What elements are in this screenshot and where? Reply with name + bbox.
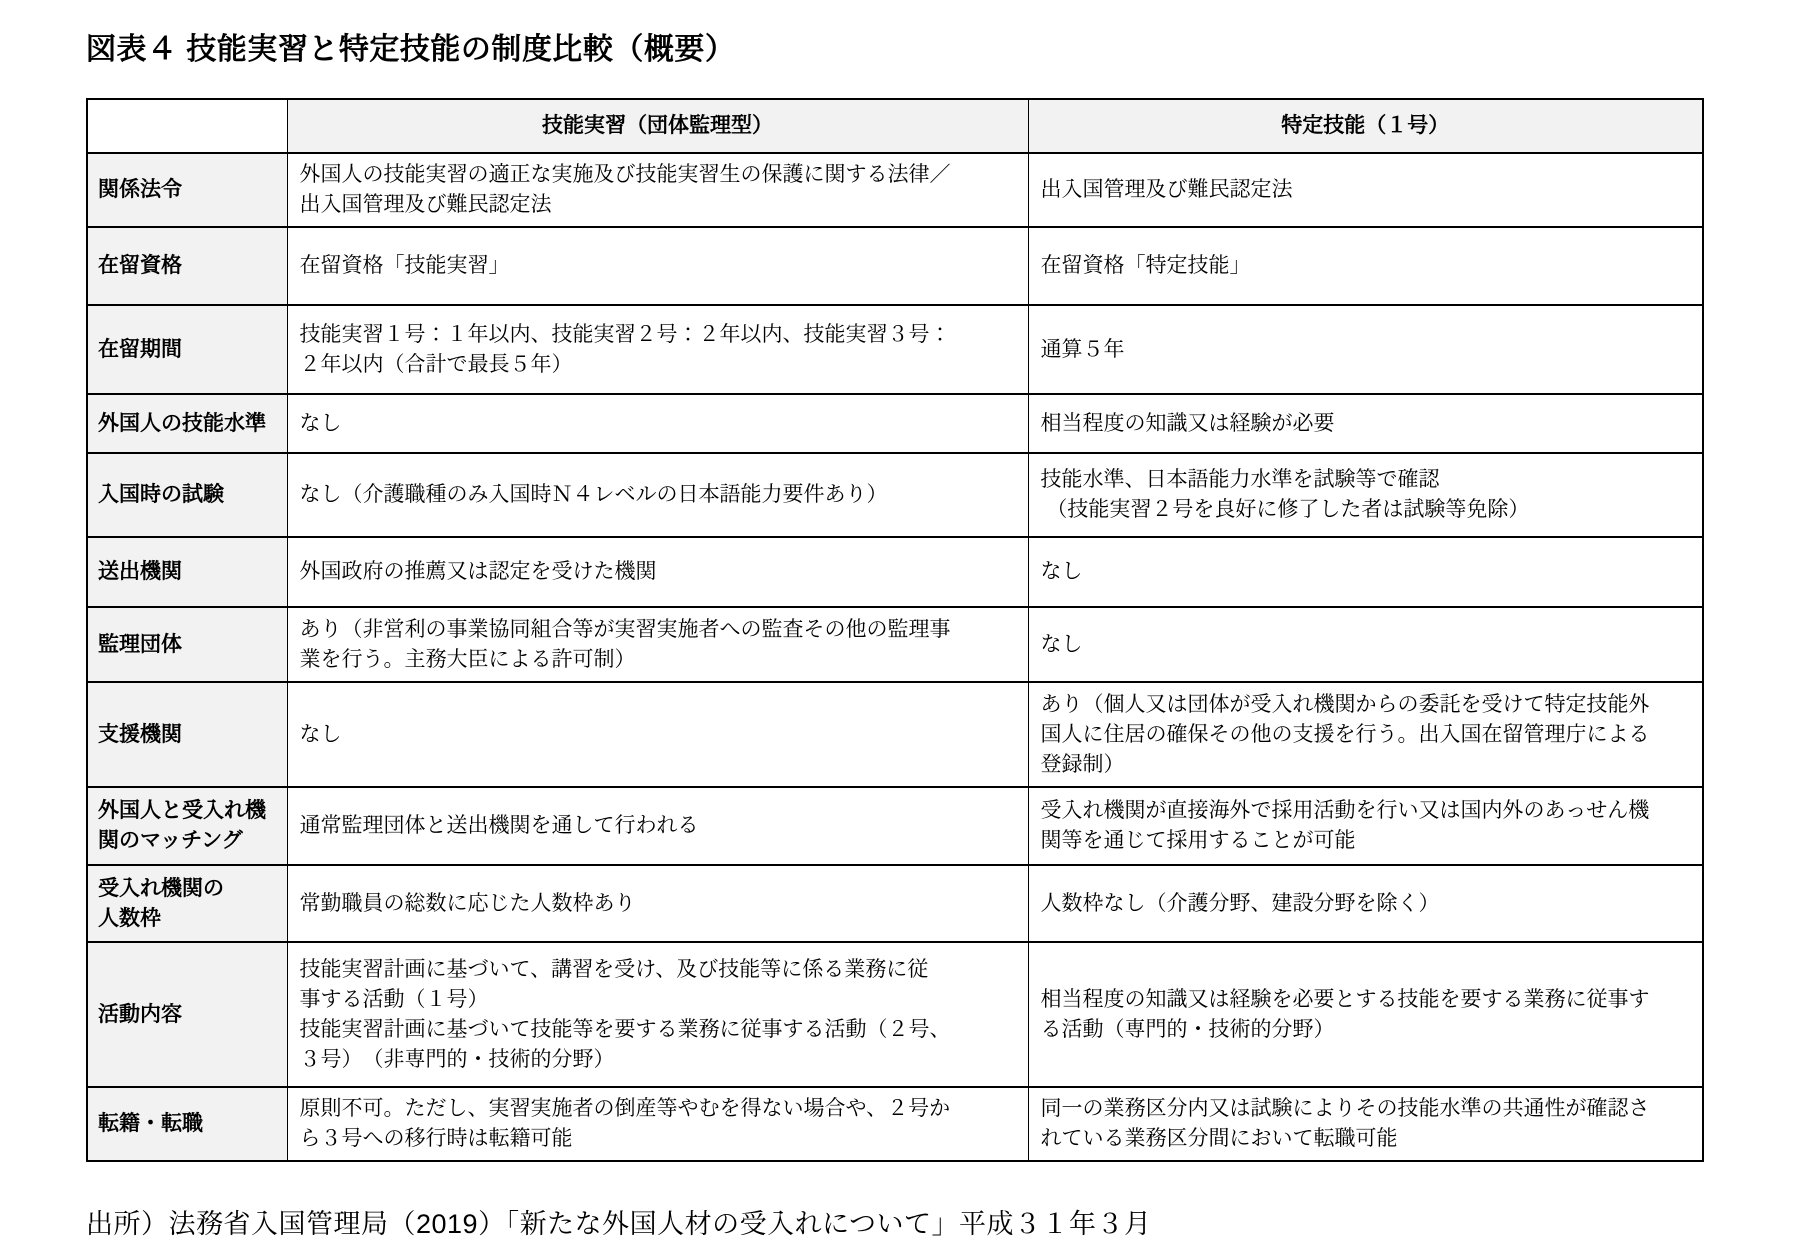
table-row: 外国人の技能水準 なし 相当程度の知識又は経験が必要 <box>87 394 1703 453</box>
cell-tokutei-ginou: 同一の業務区分内又は試験によりその技能水準の共通性が確認さ れている業務区分間に… <box>1028 1087 1703 1161</box>
cell-ginou-jisshu: 外国政府の推薦又は認定を受けた機関 <box>287 537 1028 607</box>
cell-ginou-jisshu: 技能実習１号：１年以内、技能実習２号：２年以内、技能実習３号： ２年以内（合計で… <box>287 305 1028 394</box>
table-row: 送出機関 外国政府の推薦又は認定を受けた機関 なし <box>87 537 1703 607</box>
table-row: 支援機関 なし あり（個人又は団体が受入れ機関からの委託を受けて特定技能外 国人… <box>87 682 1703 787</box>
row-label: 監理団体 <box>87 607 287 682</box>
cell-tokutei-ginou: 相当程度の知識又は経験が必要 <box>1028 394 1703 453</box>
table-row: 活動内容 技能実習計画に基づいて、講習を受け、及び技能等に係る業務に従 事する活… <box>87 942 1703 1087</box>
cell-ginou-jisshu: あり（非営利の事業協同組合等が実習実施者への監査その他の監理事 業を行う。主務大… <box>287 607 1028 682</box>
row-label: 関係法令 <box>87 153 287 227</box>
cell-tokutei-ginou: 通算５年 <box>1028 305 1703 394</box>
row-label: 外国人と受入れ機 関のマッチング <box>87 787 287 865</box>
cell-ginou-jisshu: 原則不可。ただし、実習実施者の倒産等やむを得ない場合や、２号か ら３号への移行時… <box>287 1087 1028 1161</box>
column-header-tokutei-ginou: 特定技能（１号） <box>1028 99 1703 153</box>
table-row: 関係法令 外国人の技能実習の適正な実施及び技能実習生の保護に関する法律／ 出入国… <box>87 153 1703 227</box>
cell-ginou-jisshu: 通常監理団体と送出機関を通して行われる <box>287 787 1028 865</box>
source-note: 出所）法務省入国管理局（2019）「新たな外国人材の受入れについて」平成３１年３… <box>86 1202 1818 1241</box>
document-page: 図表４ 技能実習と特定技能の制度比較（概要） 技能実習（団体監理型） 特定技能（… <box>0 0 1818 1241</box>
row-label: 入国時の試験 <box>87 453 287 537</box>
table-row: 転籍・転職 原則不可。ただし、実習実施者の倒産等やむを得ない場合や、２号か ら３… <box>87 1087 1703 1161</box>
header-row: 技能実習（団体監理型） 特定技能（１号） <box>87 99 1703 153</box>
row-label: 在留期間 <box>87 305 287 394</box>
figure-title: 図表４ 技能実習と特定技能の制度比較（概要） <box>86 24 1818 68</box>
cell-ginou-jisshu: なし（介護職種のみ入国時Ｎ４レベルの日本語能力要件あり） <box>287 453 1028 537</box>
row-label: 活動内容 <box>87 942 287 1087</box>
row-label: 在留資格 <box>87 227 287 305</box>
cell-tokutei-ginou: なし <box>1028 537 1703 607</box>
corner-cell <box>87 99 287 153</box>
cell-ginou-jisshu: なし <box>287 394 1028 453</box>
table-row: 外国人と受入れ機 関のマッチング 通常監理団体と送出機関を通して行われる 受入れ… <box>87 787 1703 865</box>
table-row: 受入れ機関の 人数枠 常勤職員の総数に応じた人数枠あり 人数枠なし（介護分野、建… <box>87 865 1703 942</box>
cell-tokutei-ginou: 受入れ機関が直接海外で採用活動を行い又は国内外のあっせん機 関等を通じて採用する… <box>1028 787 1703 865</box>
cell-ginou-jisshu: 外国人の技能実習の適正な実施及び技能実習生の保護に関する法律／ 出入国管理及び難… <box>287 153 1028 227</box>
cell-ginou-jisshu: 技能実習計画に基づいて、講習を受け、及び技能等に係る業務に従 事する活動（１号）… <box>287 942 1028 1087</box>
row-label: 転籍・転職 <box>87 1087 287 1161</box>
cell-tokutei-ginou: なし <box>1028 607 1703 682</box>
cell-tokutei-ginou: あり（個人又は団体が受入れ機関からの委託を受けて特定技能外 国人に住居の確保その… <box>1028 682 1703 787</box>
table-row: 監理団体 あり（非営利の事業協同組合等が実習実施者への監査その他の監理事 業を行… <box>87 607 1703 682</box>
table-row: 在留資格 在留資格「技能実習」 在留資格「特定技能」 <box>87 227 1703 305</box>
row-label: 送出機関 <box>87 537 287 607</box>
table-row: 在留期間 技能実習１号：１年以内、技能実習２号：２年以内、技能実習３号： ２年以… <box>87 305 1703 394</box>
column-header-ginou-jisshu: 技能実習（団体監理型） <box>287 99 1028 153</box>
cell-ginou-jisshu: 在留資格「技能実習」 <box>287 227 1028 305</box>
row-label: 支援機関 <box>87 682 287 787</box>
cell-tokutei-ginou: 在留資格「特定技能」 <box>1028 227 1703 305</box>
cell-tokutei-ginou: 人数枠なし（介護分野、建設分野を除く） <box>1028 865 1703 942</box>
row-label: 外国人の技能水準 <box>87 394 287 453</box>
row-label: 受入れ機関の 人数枠 <box>87 865 287 942</box>
cell-tokutei-ginou: 技能水準、日本語能力水準を試験等で確認 （技能実習２号を良好に修了した者は試験等… <box>1028 453 1703 537</box>
cell-ginou-jisshu: なし <box>287 682 1028 787</box>
comparison-table: 技能実習（団体監理型） 特定技能（１号） 関係法令 外国人の技能実習の適正な実施… <box>86 98 1704 1162</box>
cell-tokutei-ginou: 出入国管理及び難民認定法 <box>1028 153 1703 227</box>
cell-tokutei-ginou: 相当程度の知識又は経験を必要とする技能を要する業務に従事す る活動（専門的・技術… <box>1028 942 1703 1087</box>
table-row: 入国時の試験 なし（介護職種のみ入国時Ｎ４レベルの日本語能力要件あり） 技能水準… <box>87 453 1703 537</box>
cell-ginou-jisshu: 常勤職員の総数に応じた人数枠あり <box>287 865 1028 942</box>
